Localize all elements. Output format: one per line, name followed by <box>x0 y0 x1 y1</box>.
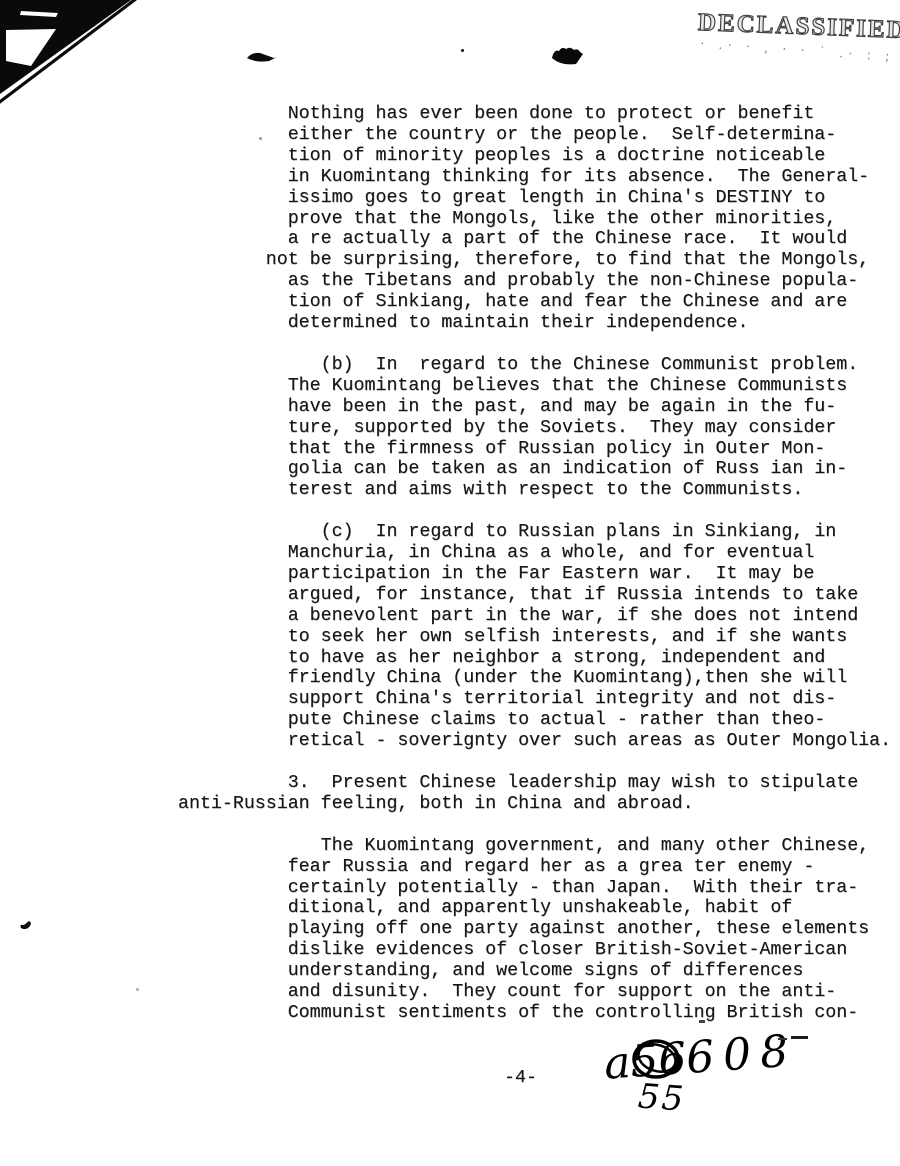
scanned-document-page: DECLASSIFIED · .· · ‚ · · ˙ .· : ; · Not… <box>0 0 900 1166</box>
pencil-dash-mark <box>791 1036 808 1039</box>
scan-speck <box>461 49 464 52</box>
handwritten-serial-part3: 608 <box>684 1025 798 1084</box>
handwritten-frame-number: 55 <box>637 1076 687 1119</box>
typewritten-text: Nothing has ever been done to protect or… <box>178 104 891 1024</box>
page-corner-fold-mark <box>0 0 160 120</box>
pencil-dash-mark <box>778 1038 787 1040</box>
page-number: -4- <box>504 1068 537 1088</box>
handwritten-serial: a56608 <box>602 1025 798 1089</box>
scan-speck <box>136 988 139 991</box>
scan-speck <box>259 137 262 140</box>
ink-smudge-mark <box>18 919 33 932</box>
ink-blot-left-mark <box>247 50 278 64</box>
ink-blot-right-mark <box>551 45 584 66</box>
pencil-dash-mark <box>699 1020 705 1023</box>
handwritten-serial-part1: a <box>602 1037 632 1090</box>
